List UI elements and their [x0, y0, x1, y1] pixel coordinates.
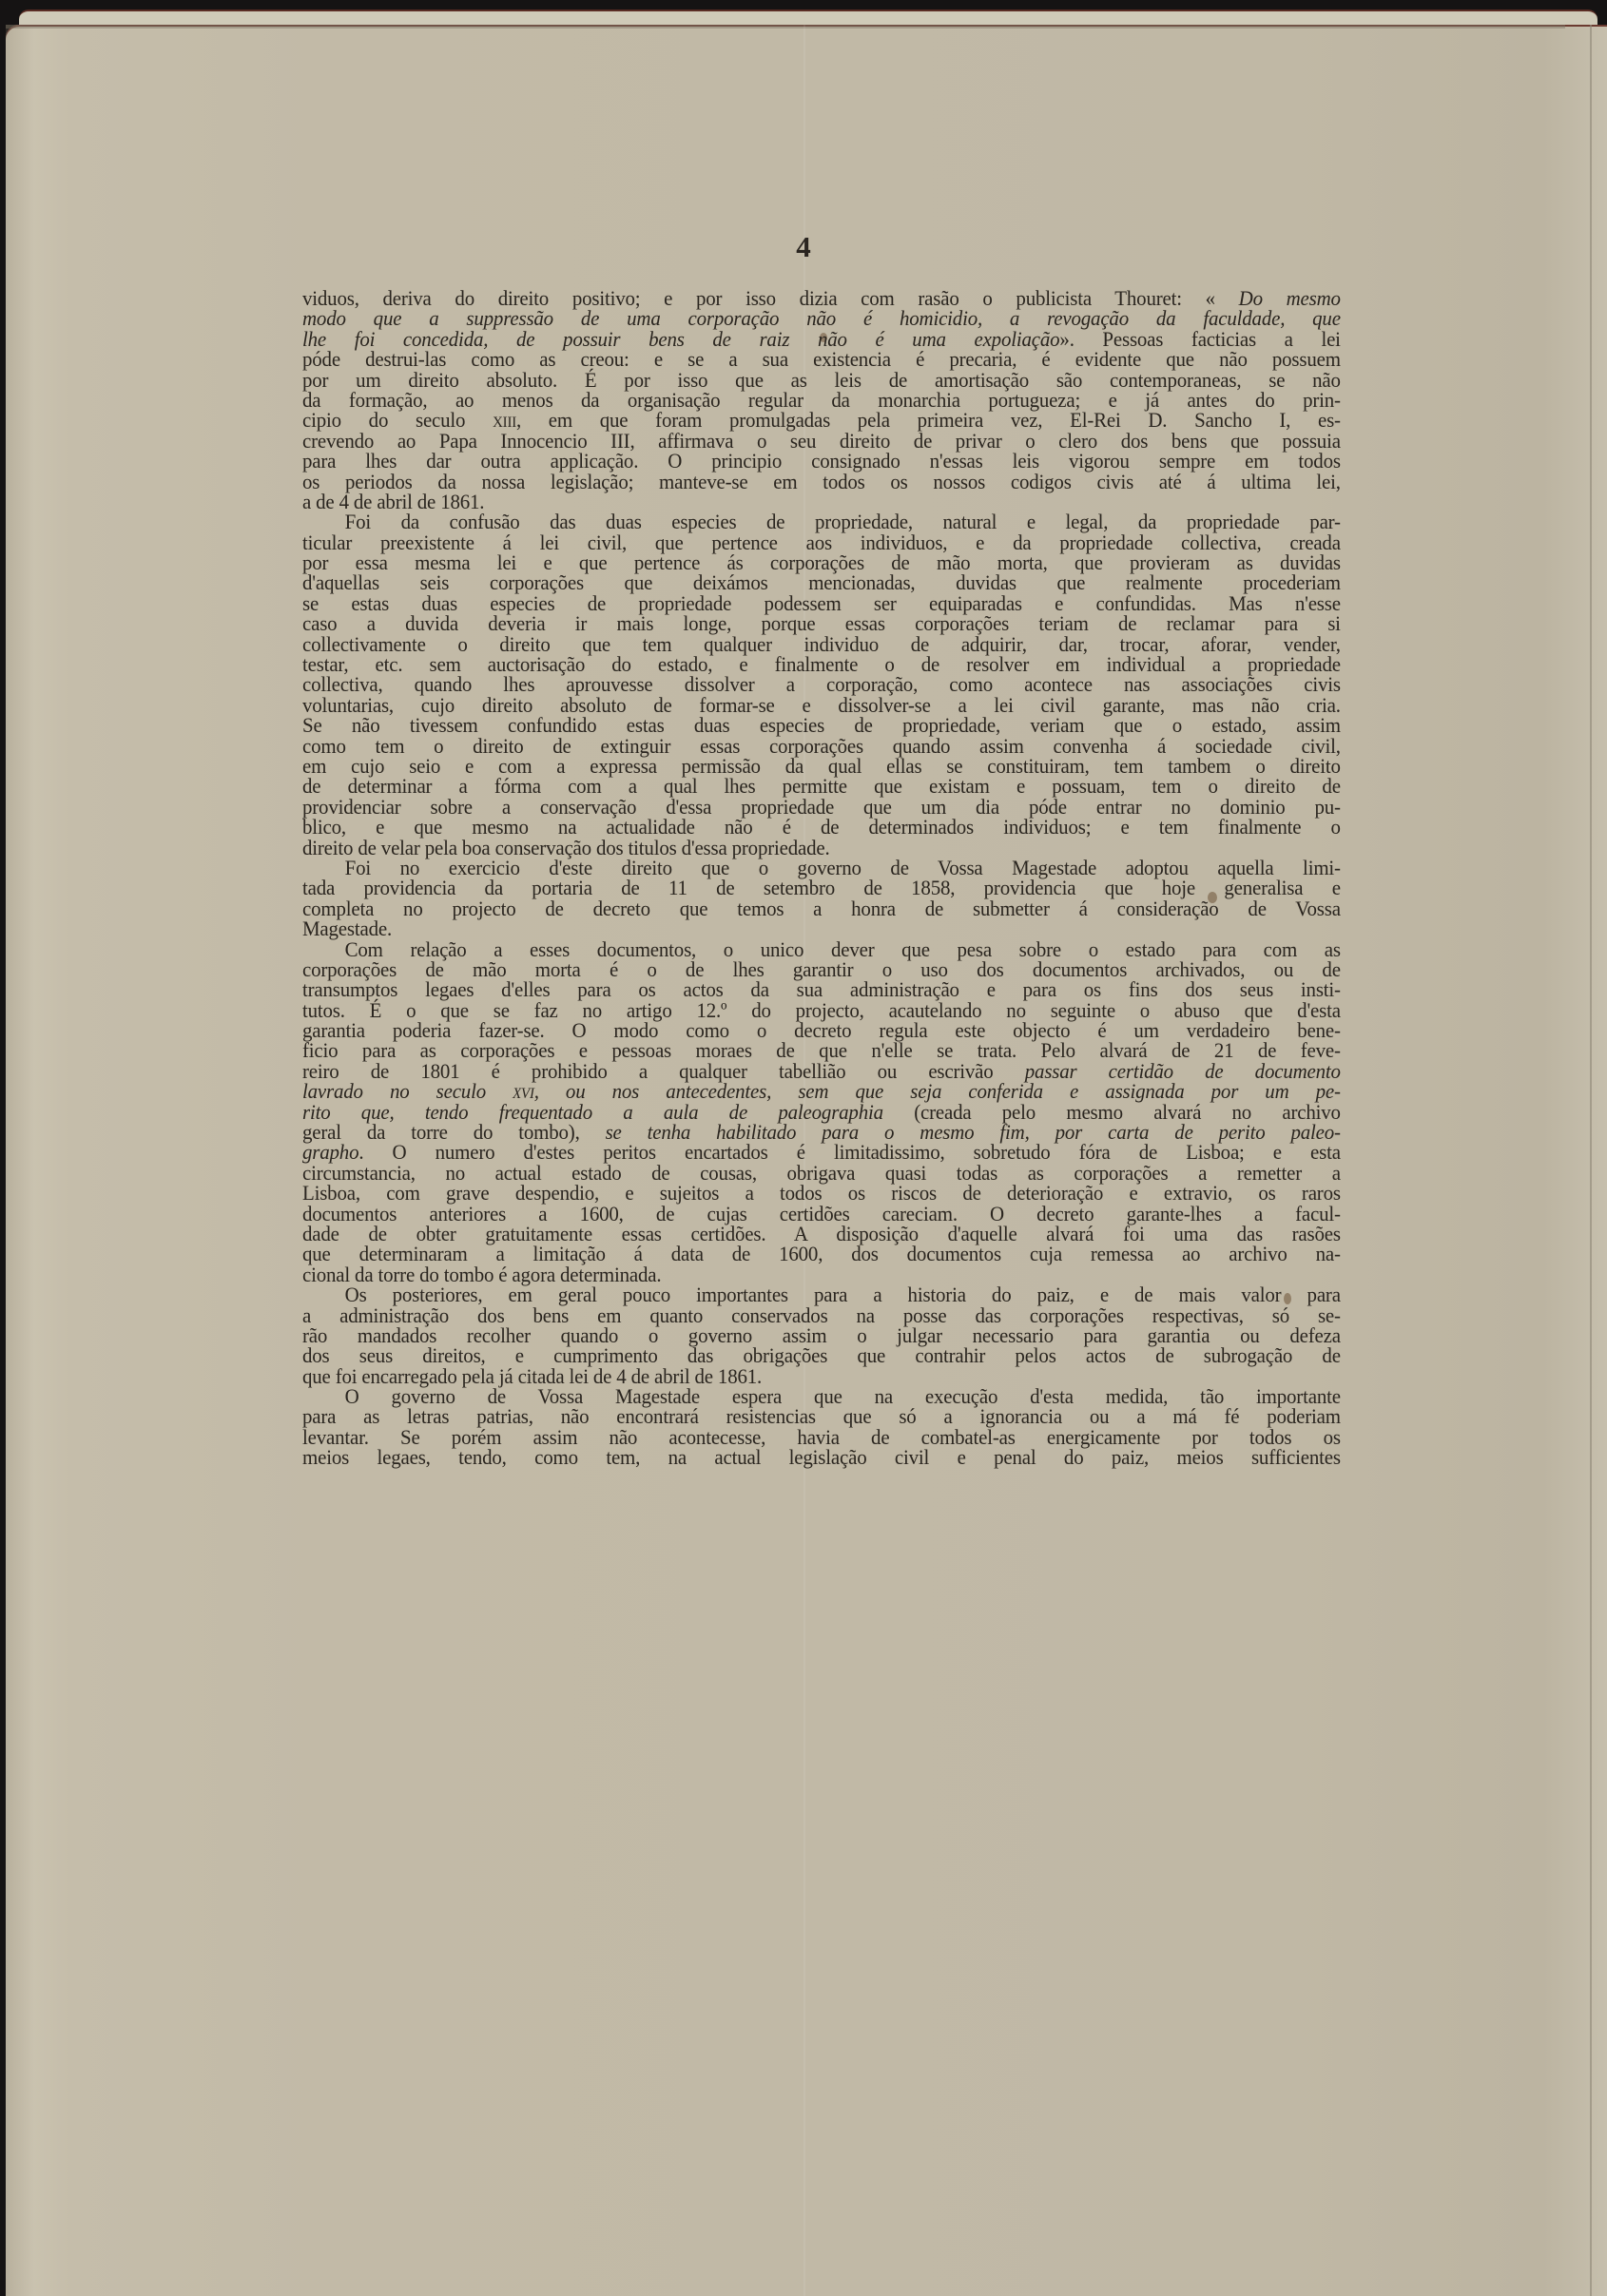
- text-line: dos seus direitos, e cumprimento das obr…: [302, 1345, 1341, 1365]
- text-line: O governo de Vossa Magestade espera que …: [302, 1386, 1341, 1406]
- text-line: em cujo seio e com a expressa permissão …: [302, 756, 1341, 776]
- paragraph: Os posteriores, em geral pouco important…: [302, 1284, 1341, 1386]
- text-line: ficio para as corporações e pessoas mora…: [302, 1040, 1341, 1060]
- text-line: lhe foi concedida, de possuir bens de ra…: [302, 329, 1341, 349]
- text-line: direito de velar pela boa conservação do…: [302, 838, 1341, 858]
- text-line: collectiva, quando lhes aprouvesse disso…: [302, 674, 1341, 694]
- page-number: 4: [0, 230, 1607, 264]
- text-line: póde destrui-las como as creou: e se a s…: [302, 349, 1341, 369]
- text-line: por essa mesma lei e que pertence ás cor…: [302, 552, 1341, 572]
- text-line: reiro de 1801 é prohibido a qualquer tab…: [302, 1061, 1341, 1081]
- paragraph: Foi no exercicio d'este direito que o go…: [302, 858, 1341, 939]
- text-line: ticular preexistente á lei civil, que pe…: [302, 532, 1341, 552]
- text-line: Os posteriores, em geral pouco important…: [302, 1284, 1341, 1304]
- text-line: da formação, ao menos da organisação reg…: [302, 390, 1341, 410]
- text-line: circumstancia, no actual estado de cousa…: [302, 1163, 1341, 1183]
- text-line: dade de obter gratuitamente essas certid…: [302, 1224, 1341, 1244]
- text-line: de determinar a fórma com a qual lhes pe…: [302, 776, 1341, 796]
- fold-shadow: [6, 25, 1565, 29]
- body-text: viduos, deriva do direito positivo; e po…: [302, 288, 1341, 1468]
- text-line: para as letras patrias, não encontrará r…: [302, 1406, 1341, 1426]
- text-line: tada providencia da portaria de 11 de se…: [302, 878, 1341, 897]
- text-line: viduos, deriva do direito positivo; e po…: [302, 288, 1341, 308]
- text-line: se estas duas especies de propriedade po…: [302, 593, 1341, 613]
- text-line: lavrado no seculo xvi, ou nos antecedent…: [302, 1081, 1341, 1101]
- text-line: documentos anteriores a 1600, de cujas c…: [302, 1204, 1341, 1224]
- text-line: voluntarias, cujo direito absoluto de fo…: [302, 695, 1341, 715]
- text-run: completa no projecto de decreto que temo…: [302, 897, 1341, 920]
- text-line: collectivamente o direito que tem qualqu…: [302, 634, 1341, 654]
- text-line: os periodos da nossa legislação; manteve…: [302, 472, 1341, 492]
- text-line: levantar. Se porém assim não acontecesse…: [302, 1427, 1341, 1447]
- text-line: grapho. O numero d'estes peritos encarta…: [302, 1142, 1341, 1162]
- text-line: a de 4 de abril de 1861.: [302, 492, 1341, 511]
- text-line: Lisboa, com grave despendio, e sujeitos …: [302, 1183, 1341, 1203]
- text-line: cipio do seculo xiii, em que foram promu…: [302, 410, 1341, 430]
- text-line: modo que a suppressão de uma corporação …: [302, 308, 1341, 328]
- text-line: rão mandados recolher quando o governo a…: [302, 1325, 1341, 1345]
- text-line: que determinaram a limitação á data de 1…: [302, 1244, 1341, 1264]
- paragraph: Com relação a esses documentos, o unico …: [302, 939, 1341, 1285]
- paragraph: Foi da confusão das duas especies de pro…: [302, 511, 1341, 858]
- text-line: para lhes dar outra applicação. O princi…: [302, 451, 1341, 471]
- text-line: geral da torre do tombo), se tenha habil…: [302, 1122, 1341, 1142]
- text-line: cional da torre do tombo é agora determi…: [302, 1264, 1341, 1284]
- text-line: testar, etc. sem auctorisação do estado,…: [302, 654, 1341, 674]
- paragraph: O governo de Vossa Magestade espera que …: [302, 1386, 1341, 1468]
- text-line: Foi da confusão das duas especies de pro…: [302, 511, 1341, 531]
- text-line: crevendo ao Papa Innocencio III, affirma…: [302, 431, 1341, 451]
- page-right-edge: [1590, 25, 1592, 2296]
- text-line: que foi encarregado pela já citada lei d…: [302, 1366, 1341, 1386]
- text-run: meios legaes, tendo, como tem, na actual…: [302, 1445, 1341, 1469]
- text-line: providenciar sobre a conservação d'essa …: [302, 797, 1341, 817]
- text-line: transumptos legaes d'elles para os actos…: [302, 979, 1341, 999]
- text-line: d'aquellas seis corporações que deixámos…: [302, 572, 1341, 592]
- text-line: garantia poderia fazer-se. O modo como o…: [302, 1020, 1341, 1040]
- scanned-document: 4 viduos, deriva do direito positivo; e …: [0, 0, 1607, 2296]
- text-line: tutos. É o que se faz no artigo 12.º do …: [302, 1000, 1341, 1020]
- text-line: Magestade.: [302, 918, 1341, 938]
- text-line: por um direito absoluto. É por isso que …: [302, 370, 1341, 390]
- page-gutter-shadow: [6, 25, 34, 2296]
- text-line: rito que, tendo frequentado a aula de pa…: [302, 1102, 1341, 1122]
- text-line: Foi no exercicio d'este direito que o go…: [302, 858, 1341, 878]
- paragraph: viduos, deriva do direito positivo; e po…: [302, 288, 1341, 511]
- text-line: caso a duvida deveria ir mais longe, por…: [302, 613, 1341, 633]
- text-line: completa no projecto de decreto que temo…: [302, 898, 1341, 918]
- text-line: meios legaes, tendo, como tem, na actual…: [302, 1447, 1341, 1467]
- text-line: como tem o direito de extinguir essas co…: [302, 736, 1341, 756]
- text-line: Se não tivessem confundido estas duas es…: [302, 715, 1341, 735]
- text-line: blico, e que mesmo na actualidade não é …: [302, 817, 1341, 837]
- text-line: corporações de mão morta é o de lhes gar…: [302, 959, 1341, 979]
- text-line: a administração dos bens em quanto conse…: [302, 1305, 1341, 1325]
- text-line: Com relação a esses documentos, o unico …: [302, 939, 1341, 959]
